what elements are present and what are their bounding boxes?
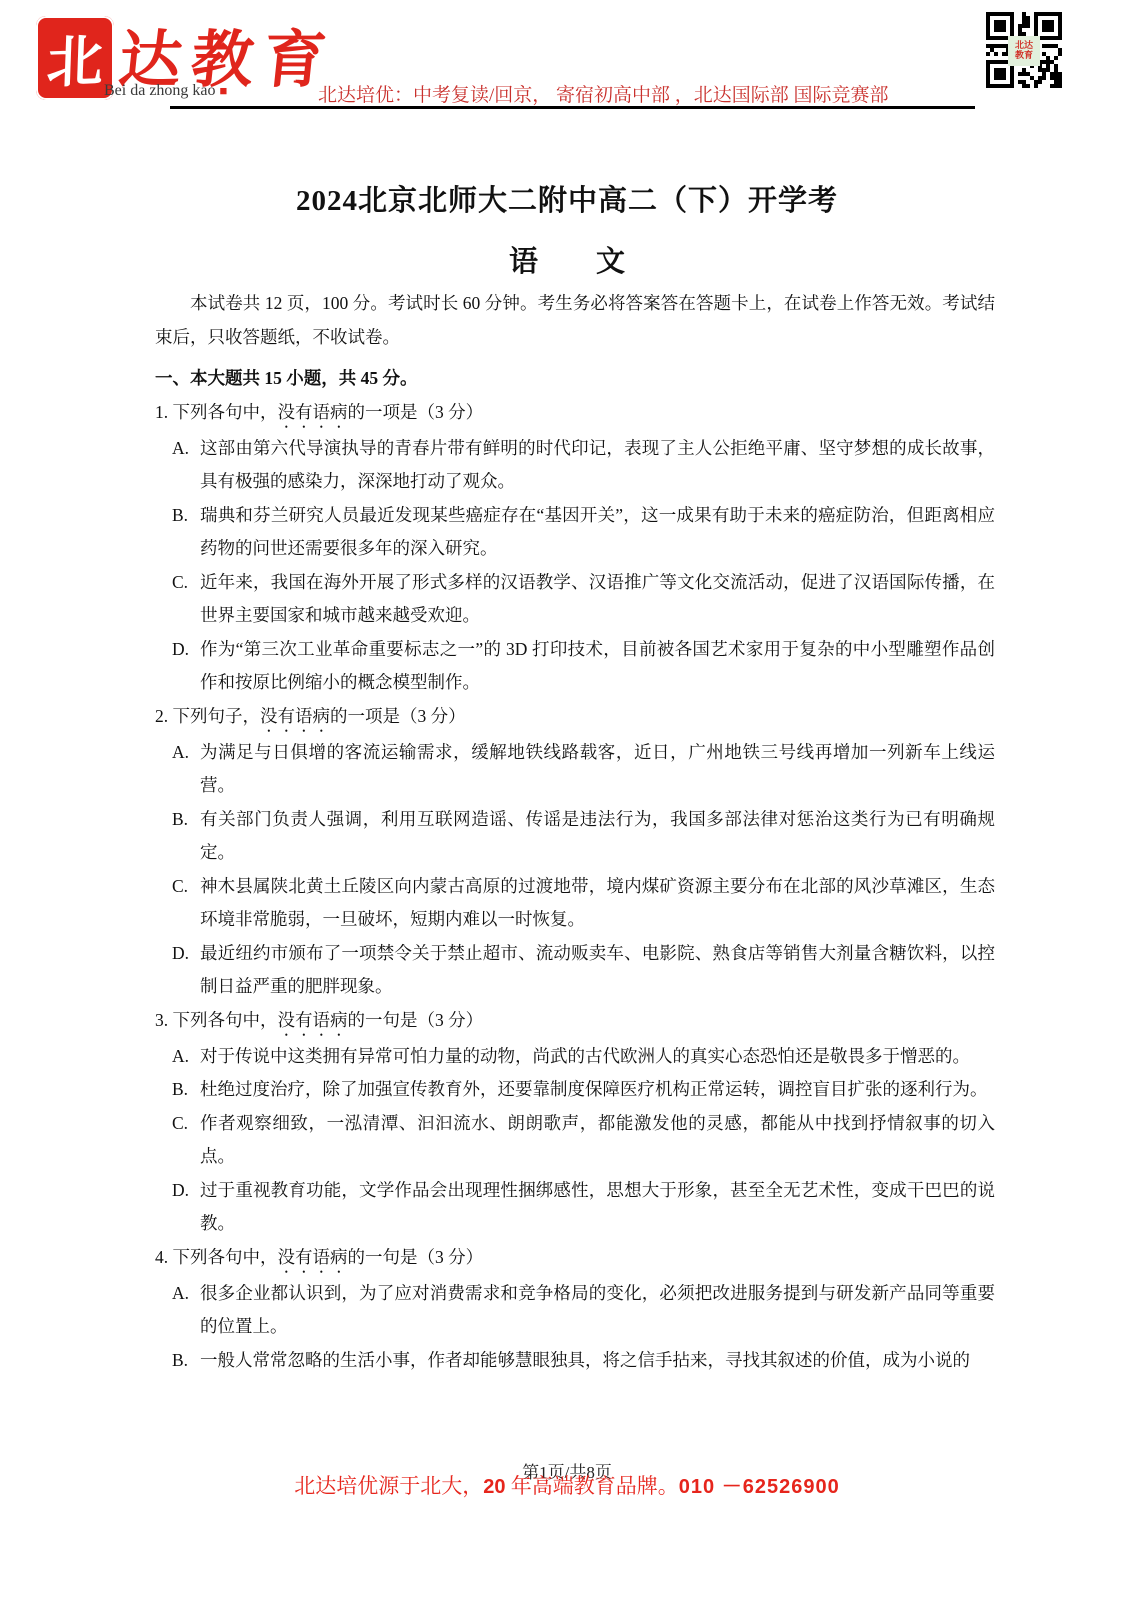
stem-emphasized-text: 没有语病 [278,402,348,422]
question-3-option-c: C.作者观察细致，一泓清潭、汩汩流水、朗朗歌声，都能激发他的灵感，都能从中找到抒… [139,1107,995,1174]
option-text: 最近纽约市颁布了一项禁令关于禁止超市、流动贩卖车、电影院、熟食店等销售大剂量含糖… [200,937,995,1004]
stem-emphasized-text: 没有语病 [278,1247,348,1267]
question-2-option-c: C.神木县属陕北黄土丘陵区向内蒙古高原的过渡地带，境内煤矿资源主要分布在北部的风… [139,870,995,937]
section-heading: 一、本大题共 15 小题，共 45 分。 [139,362,995,396]
option-label: A. [172,1040,200,1074]
stem-text: 4. 下列各句中， [155,1247,278,1267]
option-label: A. [172,1277,200,1344]
exam-subject: 语 文 [0,239,1134,280]
stem-text: 的一句是（3 分） [348,1247,484,1267]
stem-text: 2. 下列句子， [155,706,260,726]
option-label: A. [172,432,200,499]
option-label: C. [172,1107,200,1174]
question-3-option-d: D.过于重视教育功能，文学作品会出现理性捆绑感性，思想大于形象，甚至全无艺术性，… [139,1174,995,1241]
option-label: B. [172,803,200,870]
stem-emphasized-text: 没有语病 [278,1010,348,1030]
option-text: 很多企业都认识到，为了应对消费需求和竞争格局的变化，必须把改进服务提到与研发新产… [200,1277,995,1344]
footer-phone-number: 010 －62526900 [679,1476,840,1498]
footer-text: 年高端教育品牌。 [506,1474,679,1498]
option-text: 对于传说中这类拥有异常可怕力量的动物，尚武的古代欧洲人的真实心态恐怕还是敬畏多于… [200,1040,995,1074]
option-text: 这部由第六代导演执导的青春片带有鲜明的时代印记，表现了主人公拒绝平庸、坚守梦想的… [200,432,995,499]
option-label: A. [172,736,200,803]
stem-emphasized-text: 没有语病 [260,706,330,726]
question-1-option-a: A.这部由第六代导演执导的青春片带有鲜明的时代印记，表现了主人公拒绝平庸、坚守梦… [139,432,995,499]
option-label: B. [172,499,200,566]
question-2-stem: 2. 下列句子，没有语病的一项是（3 分） [139,700,995,736]
question-3-option-b: B.杜绝过度治疗，除了加强宣传教育外，还要靠制度保障医疗机构正常运转，调控盲目扩… [139,1073,995,1107]
option-text: 有关部门负责人强调，利用互联网造谣、传谣是违法行为，我国多部法律对惩治这类行为已… [200,803,995,870]
stem-text: 1. 下列各句中， [155,402,278,422]
exam-instructions: 本试卷共 12 页，100 分。考试时长 60 分钟。考生务必将答案答在答题卡上… [139,287,995,354]
brand-subtitle: Bei da zhong kao ■ [104,82,227,100]
question-1-option-b: B.瑞典和芬兰研究人员最近发现某些癌症存在“基因开关”，这一成果有助于未来的癌症… [139,499,995,566]
option-text: 一般人常常忽略的生活小事，作者却能够慧眼独具，将之信手拈来，寻找其叙述的价值，成… [200,1344,995,1378]
header-divider [170,106,975,109]
option-text: 为满足与日俱增的客流运输需求，缓解地铁线路载客，近日，广州地铁三号线再增加一列新… [200,736,995,803]
question-2-option-a: A.为满足与日俱增的客流运输需求，缓解地铁线路载客，近日，广州地铁三号线再增加一… [139,736,995,803]
footer-bold-number: 20 [483,1476,505,1498]
question-4: 4. 下列各句中，没有语病的一句是（3 分） A.很多企业都认识到，为了应对消费… [139,1241,995,1378]
question-3-stem: 3. 下列各句中，没有语病的一句是（3 分） [139,1004,995,1040]
option-text: 杜绝过度治疗，除了加强宣传教育外，还要靠制度保障医疗机构正常运转，调控盲目扩张的… [200,1073,995,1107]
exam-page: 北 达教育 Bei da zhong kao ■ 北达培优：中考复读/回京， 寄… [0,0,1134,1606]
stem-text: 的一项是（3 分） [348,402,484,422]
option-text: 近年来，我国在海外开展了形式多样的汉语教学、汉语推广等文化交流活动，促进了汉语国… [200,566,995,633]
seal-character: 北 [46,17,105,99]
option-label: C. [172,870,200,937]
brand-seal-logo: 北 [36,16,114,100]
question-2: 2. 下列句子，没有语病的一项是（3 分） A.为满足与日俱增的客流运输需求，缓… [139,700,995,1004]
question-2-option-d: D.最近纽约市颁布了一项禁令关于禁止超市、流动贩卖车、电影院、熟食店等销售大剂量… [139,937,995,1004]
option-text: 作为“第三次工业革命重要标志之一”的 3D 打印技术，目前被各国艺术家用于复杂的… [200,633,995,700]
question-1-option-c: C.近年来，我国在海外开展了形式多样的汉语教学、汉语推广等文化交流活动，促进了汉… [139,566,995,633]
footer-text: 北达培优源于北大， [294,1474,483,1498]
stem-text: 的一句是（3 分） [348,1010,484,1030]
option-label: D. [172,633,200,700]
option-label: C. [172,566,200,633]
option-label: D. [172,937,200,1004]
question-2-option-b: B.有关部门负责人强调，利用互联网造谣、传谣是违法行为，我国多部法律对惩治这类行… [139,803,995,870]
option-text: 瑞典和芬兰研究人员最近发现某些癌症存在“基因开关”，这一成果有助于未来的癌症防治… [200,499,995,566]
brand-subtitle-text: Bei da zhong kao [104,82,216,99]
question-3: 3. 下列各句中，没有语病的一句是（3 分） A.对于传说中这类拥有异常可怕力量… [139,1004,995,1241]
qr-code: 北达 教育 [984,6,1064,96]
header-tagline: 北达培优：中考复读/回京， 寄宿初高中部 ，北达国际部 国际竞赛部 [318,80,889,107]
stem-text: 3. 下列各句中， [155,1010,278,1030]
question-1-option-d: D.作为“第三次工业革命重要标志之一”的 3D 打印技术，目前被各国艺术家用于复… [139,633,995,700]
stem-text: 的一项是（3 分） [330,706,466,726]
option-label: D. [172,1174,200,1241]
question-1: 1. 下列各句中，没有语病的一项是（3 分） A.这部由第六代导演执导的青春片带… [139,396,995,700]
brand-square-mark: ■ [220,83,228,98]
qr-center-label: 北达 教育 [1008,36,1040,66]
footer-brand-line: 北达培优源于北大，20 年高端教育品牌。010 －62526900 [0,1470,1134,1500]
question-4-stem: 4. 下列各句中，没有语病的一句是（3 分） [139,1241,995,1277]
qr-label-line2: 教育 [1015,51,1033,61]
exam-body: 本试卷共 12 页，100 分。考试时长 60 分钟。考生务必将答案答在答题卡上… [139,287,995,1377]
option-text: 过于重视教育功能，文学作品会出现理性捆绑感性，思想大于形象，甚至全无艺术性，变成… [200,1174,995,1241]
option-text: 作者观察细致，一泓清潭、汩汩流水、朗朗歌声，都能激发他的灵感，都能从中找到抒情叙… [200,1107,995,1174]
option-text: 神木县属陕北黄土丘陵区向内蒙古高原的过渡地带，境内煤矿资源主要分布在北部的风沙草… [200,870,995,937]
question-1-stem: 1. 下列各句中，没有语病的一项是（3 分） [139,396,995,432]
option-label: B. [172,1073,200,1107]
question-4-option-b: B.一般人常常忽略的生活小事，作者却能够慧眼独具，将之信手拈来，寻找其叙述的价值… [139,1344,995,1378]
question-3-option-a: A.对于传说中这类拥有异常可怕力量的动物，尚武的古代欧洲人的真实心态恐怕还是敬畏… [139,1040,995,1074]
question-4-option-a: A.很多企业都认识到，为了应对消费需求和竞争格局的变化，必须把改进服务提到与研发… [139,1277,995,1344]
option-label: B. [172,1344,200,1378]
exam-title: 2024北京北师大二附中高二（下）开学考 [0,178,1134,219]
